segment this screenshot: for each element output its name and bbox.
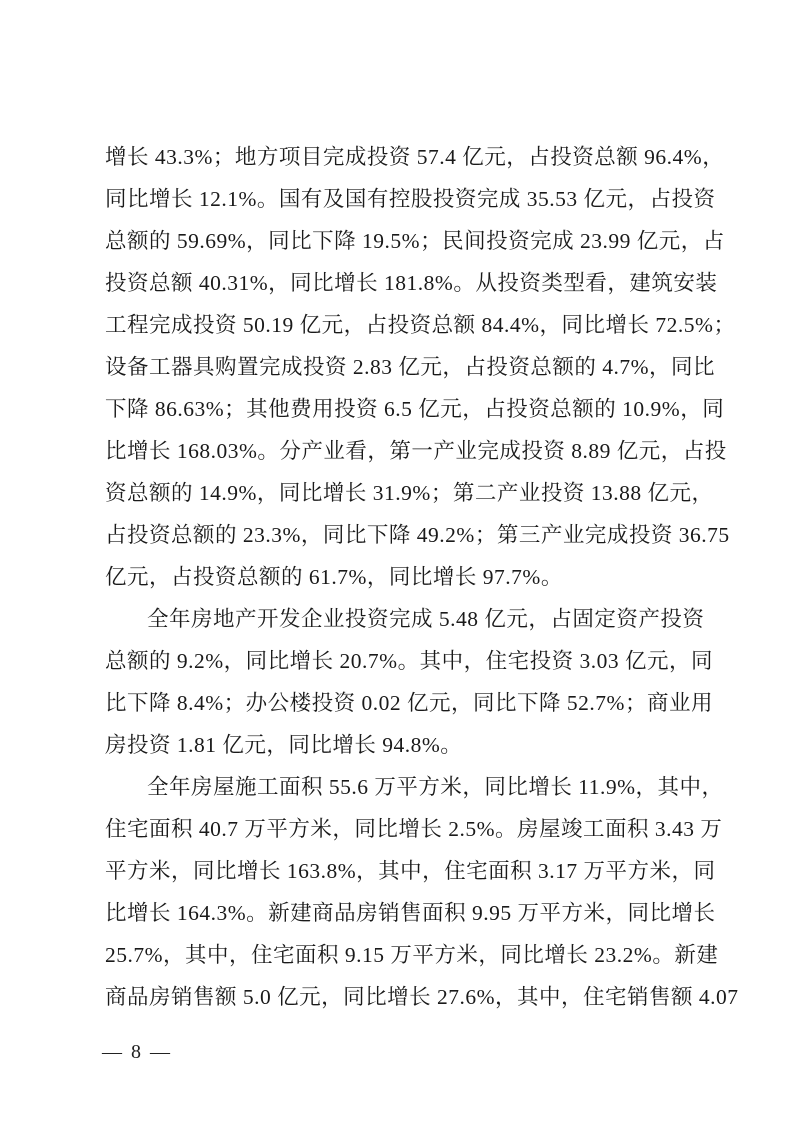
paragraph-line: 资总额的 14.9%，同比增长 31.9%；第二产业投资 13.88 亿元， [105, 478, 691, 508]
paragraph-line: 占投资总额的 23.3%，同比下降 49.2%；第三产业完成投资 36.75 [105, 520, 691, 550]
page-number: — 8 — [102, 1038, 172, 1066]
paragraph-line: 比增长 164.3%。新建商品房销售面积 9.95 万平方米，同比增长 [105, 898, 691, 928]
paragraph-line: 亿元，占投资总额的 61.7%，同比增长 97.7%。 [105, 562, 691, 592]
paragraph-line: 房投资 1.81 亿元，同比增长 94.8%。 [105, 730, 691, 760]
paragraph-line: 平方米，同比增长 163.8%，其中，住宅面积 3.17 万平方米，同 [105, 856, 691, 886]
paragraph-line: 住宅面积 40.7 万平方米，同比增长 2.5%。房屋竣工面积 3.43 万 [105, 814, 691, 844]
paragraph-line: 比增长 168.03%。分产业看，第一产业完成投资 8.89 亿元，占投 [105, 436, 691, 466]
paragraph-line: 总额的 59.69%，同比下降 19.5%；民间投资完成 23.99 亿元，占 [105, 226, 691, 256]
document-page: 增长 43.3%；地方项目完成投资 57.4 亿元，占投资总额 96.4%， 同… [0, 0, 793, 1122]
paragraph-line: 设备工器具购置完成投资 2.83 亿元，占投资总额的 4.7%，同比 [105, 352, 691, 382]
paragraph-line: 比下降 8.4%；办公楼投资 0.02 亿元，同比下降 52.7%；商业用 [105, 688, 691, 718]
paragraph-line: 25.7%，其中，住宅面积 9.15 万平方米，同比增长 23.2%。新建 [105, 940, 691, 970]
paragraph-line: 下降 86.63%；其他费用投资 6.5 亿元，占投资总额的 10.9%，同 [105, 394, 691, 424]
paragraph-line: 全年房屋施工面积 55.6 万平方米，同比增长 11.9%，其中， [147, 772, 691, 802]
paragraph-line: 增长 43.3%；地方项目完成投资 57.4 亿元，占投资总额 96.4%， [105, 142, 691, 172]
paragraph-line: 投资总额 40.31%，同比增长 181.8%。从投资类型看，建筑安装 [105, 268, 691, 298]
paragraph-line: 工程完成投资 50.19 亿元，占投资总额 84.4%，同比增长 72.5%； [105, 310, 691, 340]
paragraph-line: 商品房销售额 5.0 亿元，同比增长 27.6%，其中，住宅销售额 4.07 [105, 982, 691, 1012]
paragraph-line: 同比增长 12.1%。国有及国有控股投资完成 35.53 亿元，占投资 [105, 184, 691, 214]
paragraph-line: 总额的 9.2%，同比增长 20.7%。其中，住宅投资 3.03 亿元，同 [105, 646, 691, 676]
paragraph-line: 全年房地产开发企业投资完成 5.48 亿元，占固定资产投资 [147, 604, 691, 634]
